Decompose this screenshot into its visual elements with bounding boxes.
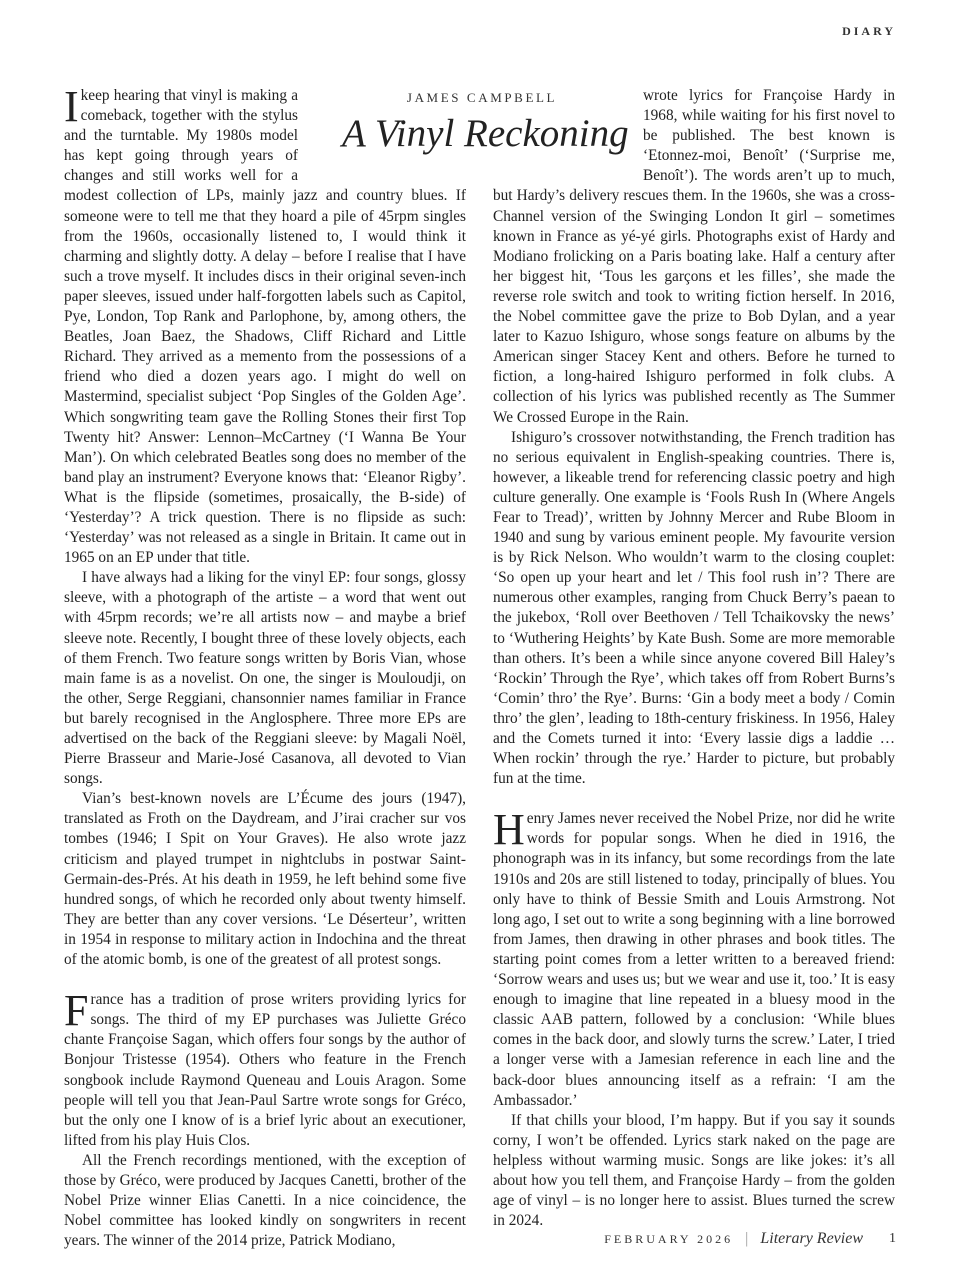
article-title: A Vinyl Reckoning xyxy=(342,112,622,156)
section-label: DIARY xyxy=(842,24,896,39)
drop-cap: I xyxy=(64,89,79,125)
title-block: JAMES CAMPBELL A Vinyl Reckoning xyxy=(342,86,622,156)
page-number: 1 xyxy=(889,1231,896,1247)
article: JAMES CAMPBELL A Vinyl Reckoning Ikeep h… xyxy=(64,86,895,1216)
paragraph: France has a tradition of prose writers … xyxy=(64,990,466,1151)
paragraph: Ishiguro’s crossover notwithstanding, th… xyxy=(493,428,895,790)
footer-separator: | xyxy=(745,1230,748,1248)
byline: JAMES CAMPBELL xyxy=(342,90,622,106)
page-footer: FEBRUARY 2026 | Literary Review 1 xyxy=(604,1230,896,1248)
paragraph: Vian’s best-known novels are L’Écume des… xyxy=(64,789,466,970)
drop-cap: H xyxy=(493,812,525,848)
paragraph-text: rance has a tradition of prose writers p… xyxy=(64,991,466,1149)
paragraph: Henry James never received the Nobel Pri… xyxy=(493,809,895,1110)
right-column: wrote lyrics for Françoise Hardy in 1968… xyxy=(493,86,895,1231)
paragraph: If that chills your blood, I’m happy. Bu… xyxy=(493,1111,895,1232)
drop-cap: F xyxy=(64,993,88,1029)
publication-name: Literary Review xyxy=(760,1230,863,1248)
paragraph: All the French recordings mentioned, wit… xyxy=(64,1151,466,1251)
left-column: Ikeep hearing that vinyl is making a com… xyxy=(64,86,466,1251)
paragraph: I have always had a liking for the vinyl… xyxy=(64,568,466,789)
paragraph-text: enry James never received the Nobel Priz… xyxy=(493,810,895,1108)
issue-date: FEBRUARY 2026 xyxy=(604,1232,733,1247)
